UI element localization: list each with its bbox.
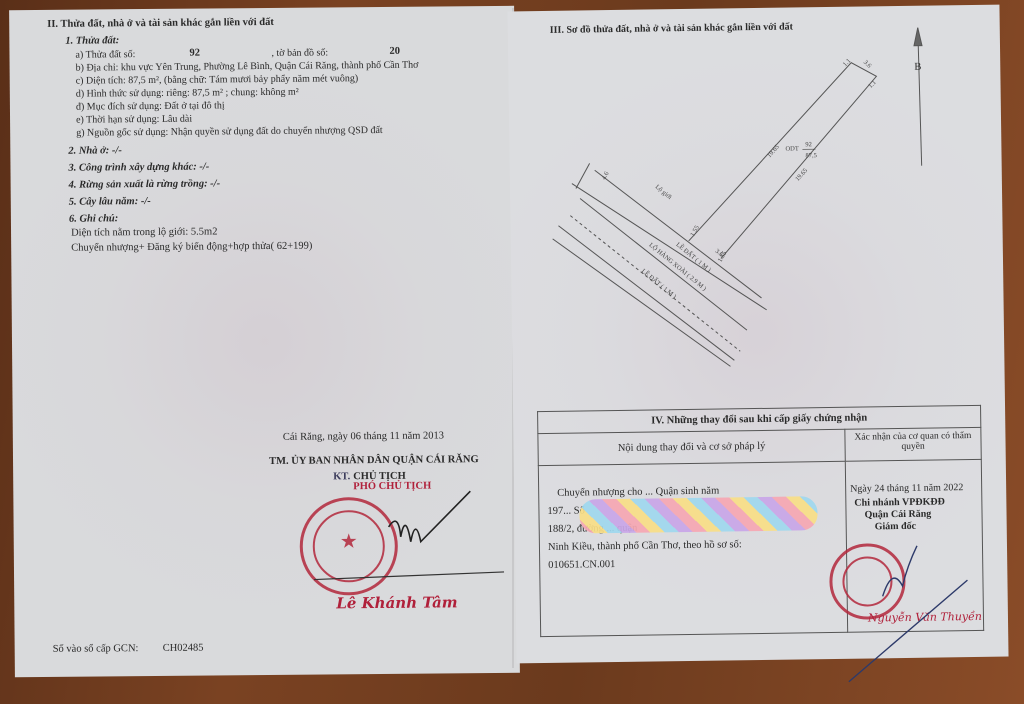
cert-register-number: CH02485 — [163, 643, 204, 654]
redaction-overlay — [579, 496, 817, 533]
confirm-signature-stroke — [826, 500, 969, 692]
svg-text:3.6: 3.6 — [862, 59, 873, 70]
svg-text:19.65: 19.65 — [766, 144, 781, 160]
svg-text:ODT: ODT — [785, 145, 798, 152]
land-plot-diagram: 1.1 3.6 1.1 19.65 19.65 ODT 92 87,5 4.6 … — [507, 5, 1005, 412]
svg-text:LỀ ĐẤT ( 1 M ): LỀ ĐẤT ( 1 M ) — [640, 267, 678, 300]
change-entry-line-1: Chuyển nhượng cho ... Quận sinh năm — [557, 486, 719, 499]
changes-col-content: Nội dung thay đổi và cơ sở pháp lý — [538, 429, 845, 465]
svg-text:4.6: 4.6 — [600, 170, 610, 181]
svg-text:Lộ giới: Lộ giới — [654, 184, 673, 202]
signature-strokes — [9, 6, 520, 677]
certificate-right-page: III. Sơ đồ thửa đất, nhà ở và tài sản kh… — [507, 5, 1008, 664]
svg-text:1.55: 1.55 — [689, 225, 701, 238]
svg-text:1.1: 1.1 — [842, 57, 853, 68]
confirm-date: Ngày 24 tháng 11 năm 2022 — [850, 482, 963, 495]
svg-text:87,5: 87,5 — [805, 152, 816, 159]
cert-register-label: Số vào sổ cấp GCN: — [53, 643, 139, 655]
changes-table: IV. Những thay đổi sau khi cấp giấy chứn… — [537, 405, 984, 637]
north-label: B — [914, 62, 921, 73]
signer-name: Lê Khánh Tâm — [336, 593, 457, 612]
change-entry-line-5: 010651.CN.001 — [548, 559, 615, 571]
change-entry: Chuyển nhượng cho ... Quận sinh năm 197.… — [538, 461, 847, 636]
change-entry-line-4: Ninh Kiều, thành phố Cần Thơ, theo hồ sơ… — [548, 539, 742, 553]
certificate-left-page: II. Thửa đất, nhà ở và tài sản khác gắn … — [9, 6, 520, 677]
confirmation-cell: Ngày 24 tháng 11 năm 2022 Chi nhánh VPĐK… — [845, 459, 983, 632]
svg-text:1.1: 1.1 — [867, 79, 878, 90]
changes-col-confirmation: Xác nhận của cơ quan có thẩm quyền — [845, 427, 981, 461]
svg-text:92: 92 — [805, 141, 812, 148]
